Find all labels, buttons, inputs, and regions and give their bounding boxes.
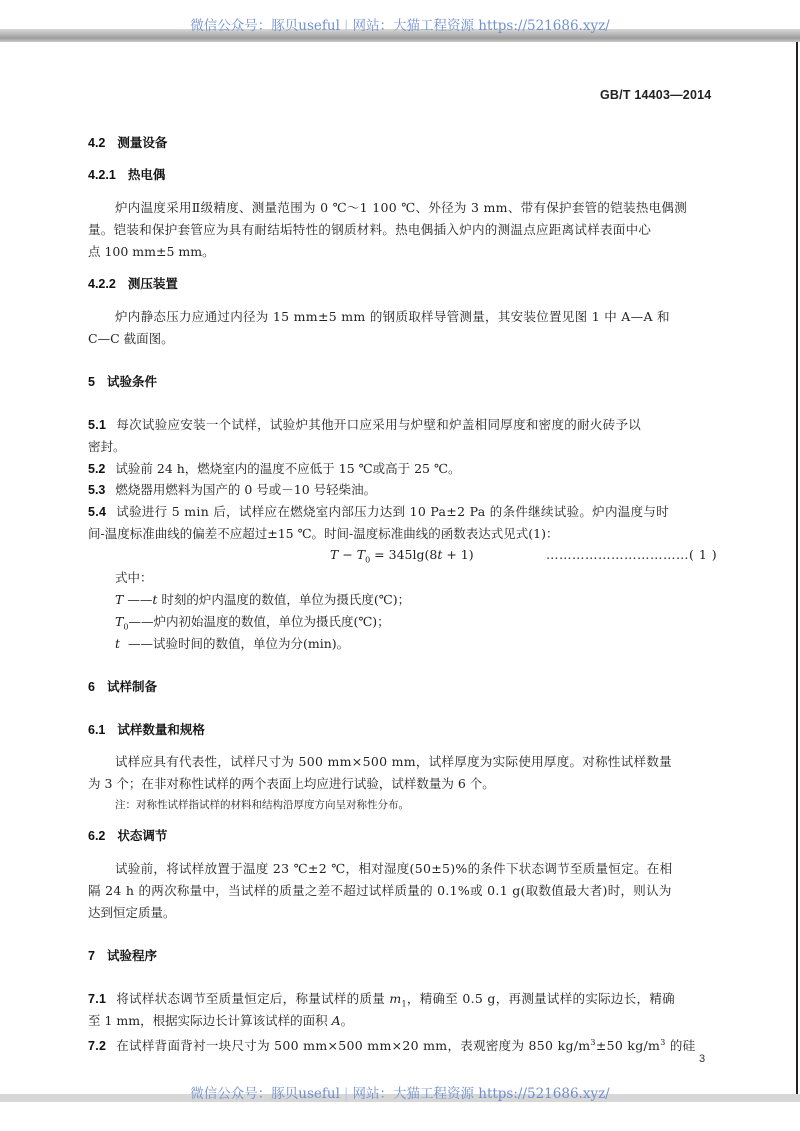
standard-code: GB/T 14403—2014 — [600, 88, 711, 102]
variable-definition-t: t ——试验时间的数值，单位为分(min)。 — [115, 635, 349, 653]
heading-7: 7试验程序 — [88, 947, 157, 965]
formula-1: T − T0 = 345lg(8t + 1) — [330, 547, 474, 565]
watermark-wechat: 微信公众号：豚贝useful — [190, 1086, 340, 1102]
watermark-separator: | — [344, 18, 349, 34]
paragraph-line: 炉内温度采用Ⅱ级精度、测量范围为 0 ℃～1 100 ℃、外径为 3 mm、带有… — [115, 199, 687, 217]
paragraph-line: 点 100 mm±5 mm。 — [88, 243, 215, 261]
note: 注：对称性试样指试样的材料和结构沿厚度方向呈对称性分布。 — [115, 796, 409, 814]
watermark-website: 网站：大猫工程资源 https://521686.xyz/ — [352, 1086, 609, 1102]
heading-4-2-1: 4.2.1热电偶 — [88, 166, 165, 184]
where-label: 式中： — [115, 569, 153, 587]
watermark-wechat: 微信公众号：豚贝useful — [190, 18, 340, 34]
heading-6-2: 6.2状态调节 — [88, 827, 167, 845]
clause-7-1: 7.1将试样状态调节至质量恒定后，称量试样的质量 m1，精确至 0.5 g，再测… — [88, 990, 675, 1014]
paragraph-line: 达到恒定质量。 — [88, 904, 176, 922]
equation-number: ……………………………( 1 ) — [546, 547, 717, 562]
heading-4-2-2: 4.2.2测压装置 — [88, 275, 178, 293]
watermark-separator: | — [344, 1086, 349, 1102]
paragraph-line: 至 1 mm，根据实际边长计算该试样的面积 A。 — [88, 1012, 353, 1030]
paragraph-line: 量。铠装和保护套管应为具有耐结垢特性的钢质材料。热电偶插入炉内的测温点应距离试样… — [88, 221, 651, 239]
paragraph-line: 隔 24 h 的两次称量中，当试样的质量之差不超过试样质量的 0.1%或 0.1… — [88, 882, 672, 900]
clause-5-3: 5.3燃烧器用燃料为国产的 0 号或－10 号轻柴油。 — [88, 481, 376, 499]
clause-5-4: 5.4试验进行 5 min 后，试样应在燃烧室内部压力达到 10 Pa±2 Pa… — [88, 503, 669, 521]
watermark-bottom: 微信公众号：豚贝useful|网站：大猫工程资源 https://521686.… — [0, 1082, 800, 1102]
heading-6: 6试样制备 — [88, 678, 157, 696]
page-number: 3 — [699, 1053, 705, 1065]
clause-5-2: 5.2试验前 24 h，燃烧室内的温度不应低于 15 ℃或高于 25 ℃。 — [88, 460, 460, 478]
watermark-top: 微信公众号：豚贝useful|网站：大猫工程资源 https://521686.… — [0, 14, 800, 34]
page-edge — [796, 42, 798, 1094]
heading-5: 5试验条件 — [88, 373, 157, 391]
variable-definition-T0: T0——炉内初始温度的数值，单位为摄氏度(℃)； — [115, 613, 390, 637]
paragraph-line: 炉内静态压力应通过内径为 15 mm±5 mm 的钢质取样导管测量，其安装位置见… — [115, 308, 670, 326]
paragraph-line: C—C 截面图。 — [88, 330, 174, 348]
heading-6-1: 6.1试样数量和规格 — [88, 721, 205, 739]
paragraph-line: 间-温度标准曲线的偏差不应超过±15 ℃。时间-温度标准曲线的函数表达式见式(1… — [88, 525, 559, 543]
heading-4-2: 4.2测量设备 — [88, 134, 167, 152]
clause-7-2: 7.2在试样背面背衬一块尺寸为 500 mm×500 mm×20 mm，表观密度… — [88, 1034, 695, 1055]
paragraph-line: 密封。 — [88, 438, 126, 456]
paragraph-line: 试样应具有代表性，试样尺寸为 500 mm×500 mm，试样厚度为实际使用厚度… — [115, 753, 672, 771]
paragraph-line: 为 3 个；在非对称性试样的两个表面上均应进行试验，试样数量为 6 个。 — [88, 775, 495, 793]
variable-definition-T: T ——t 时刻的炉内温度的数值，单位为摄氏度(℃)； — [115, 591, 410, 609]
paragraph-line: 试验前，将试样放置于温度 23 ℃±2 ℃，相对湿度(50±5)%的条件下状态调… — [115, 860, 672, 878]
clause-5-1: 5.1每次试验应安装一个试样，试验炉其他开口应采用与炉壁和炉盖相同厚度和密度的耐… — [88, 416, 641, 434]
document-page: GB/T 14403—2014 4.2测量设备 4.2.1热电偶 炉内温度采用Ⅱ… — [0, 42, 796, 1094]
watermark-website: 网站：大猫工程资源 https://521686.xyz/ — [352, 18, 609, 34]
